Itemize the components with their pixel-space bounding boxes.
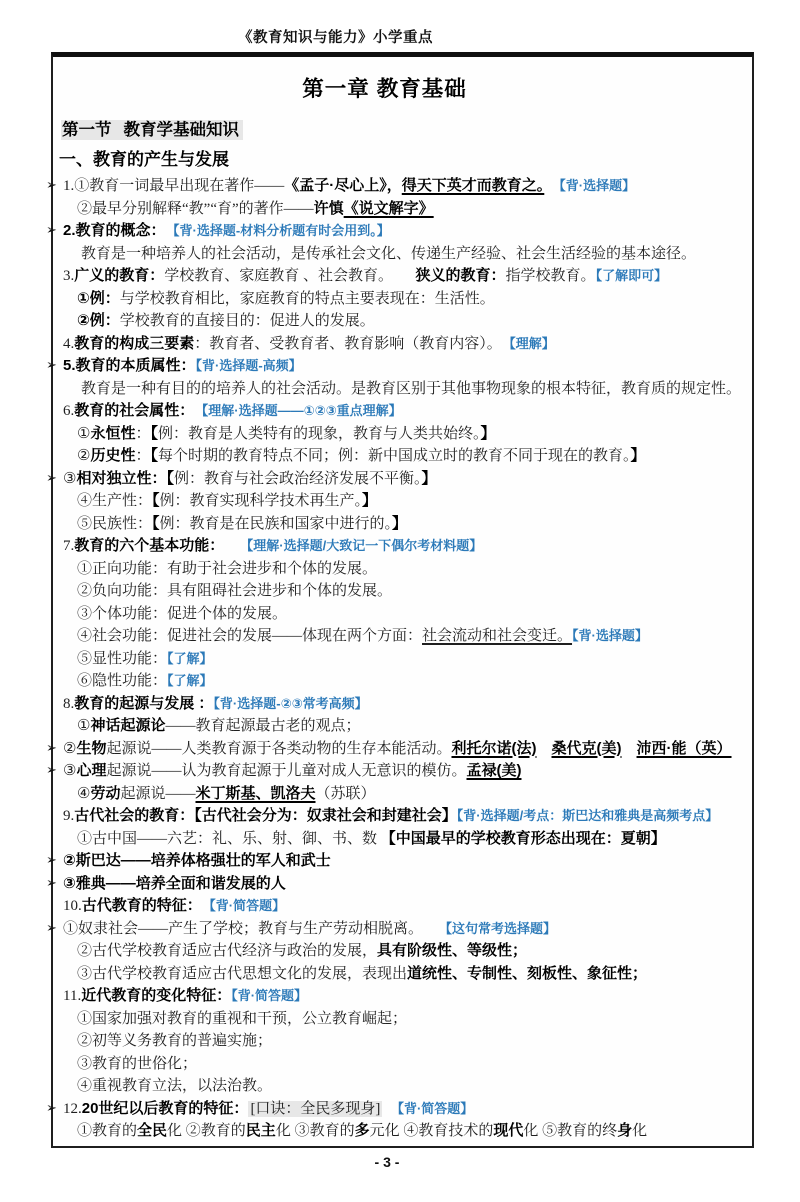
arrow-bullet-icon: ➢ (46, 873, 57, 896)
doc-text: ①例： (77, 290, 120, 307)
doc-line: ➢2.教育的概念： 【背·选择题-材料分析题有时会用到。】 (55, 220, 750, 243)
doc-text: 道统性、专制性、刻板性、象征性； (407, 965, 647, 982)
doc-text: 神话起源论 (90, 717, 165, 734)
doc-line: ➢①奴隶社会——产生了学校；教育与生产劳动相脱离。 【这句常考选择题】 (55, 918, 750, 941)
exam-annotation: 【了解即可】 (596, 268, 668, 283)
arrow-bullet-icon: ➢ (46, 175, 57, 198)
doc-text: 【 (150, 425, 158, 442)
doc-line: 10.古代教育的特征： 【背·简答题】 (55, 895, 750, 918)
doc-text: 】 (392, 515, 407, 532)
doc-line: ➢③心理起源说——认为教育起源于儿童对成人无意识的模仿。孟禄(美) (55, 760, 750, 783)
doc-text: 《说文解字》 (344, 200, 434, 217)
doc-text: ⑤民族性： (77, 516, 152, 532)
exam-annotation: 【理解·选择题/大致记一下偶尔考材料题】 (247, 538, 482, 553)
doc-text: 例：教育与社会政治经济发展不平衡。 (174, 471, 422, 487)
doc-text: ⑥隐性功能： (77, 673, 167, 689)
doc-text: ②负向功能：具有阻碍社会进步和个体的发展。 (77, 583, 392, 599)
doc-line: ①教育的全民化 ②教育的民主化 ③教育的多元化 ④教育技术的现代化 ⑤教育的终身… (55, 1120, 750, 1143)
doc-line: 4.教育的构成三要素：教育者、受教育者、教育影响（教育内容）。 【理解】 (55, 333, 750, 356)
doc-text: 】 (422, 470, 437, 487)
doc-text: 教育的起源与发展 ： (74, 695, 213, 712)
doc-text: 【 (166, 470, 174, 487)
doc-text: 孟禄(美) (466, 762, 521, 779)
doc-text: ②古代学校教育适应古代经济与政治的发展， (77, 943, 377, 959)
exam-annotation: 【背·简答题】 (231, 988, 307, 1003)
doc-line: ②历史性：【每个时期的教育特点不同；例：新中国成立时的教育不同于现在的教育。】 (55, 445, 750, 468)
doc-text: 生物 (76, 740, 106, 757)
doc-line: 教育是一种培养人的社会活动，是传承社会文化、传递生产经验、社会生活经验的基本途径… (55, 243, 750, 266)
subsection-title: 一、教育的产生与发展 (59, 149, 752, 171)
doc-text: ①奴隶社会——产生了学校；教育与生产劳动相脱离。 (63, 921, 416, 937)
doc-text: ③雅典——培养全面和谐发展的人 (63, 875, 286, 892)
doc-line: ➢12.20世纪以后教育的特征：[口诀：全民多现身] 【背·简答题】 (55, 1098, 750, 1121)
doc-text: 学校教育、家庭教育 、社会教育。 (164, 268, 415, 284)
doc-line: ①神话起源论——教育起源最古老的观点； (55, 715, 750, 738)
doc-text (194, 898, 209, 914)
doc-text: 例：教育是在民族和国家中进行的。 (160, 516, 393, 532)
doc-text: 教育的构成三要素 (74, 335, 194, 352)
doc-text: 【 (152, 492, 160, 509)
section-title-highlight: 第一节教育学基础知识 (61, 120, 243, 140)
doc-text: ②斯巴达——培养体格强壮的军人和武士 (63, 852, 331, 869)
exam-annotation: 【背·简答题】 (209, 898, 285, 913)
doc-text: 沛西·能（英） (637, 740, 732, 757)
doc-text: 教育是一种培养人的社会活动，是传承社会文化、传递生产经验、社会生活经验的基本途径… (81, 246, 696, 262)
doc-text: ①教育的 (77, 1123, 137, 1139)
doc-text (217, 538, 247, 554)
arrow-bullet-icon: ➢ (46, 468, 57, 491)
doc-line: ②负向功能：具有阻碍社会进步和个体的发展。 (55, 580, 750, 603)
exam-annotation: 【背·选择题-材料分析题有时会用到。】 (173, 223, 390, 238)
doc-text: 米丁斯基、凯洛夫 (195, 785, 315, 802)
doc-text: ③古代学校教育适应古代思想文化的发展，表现出 (77, 966, 407, 982)
exam-annotation: 【理解】 (509, 336, 555, 351)
doc-line: 3.广义的教育：学校教育、家庭教育 、社会教育。 狭义的教育：指学校教育。【了解… (55, 265, 750, 288)
doc-text: 《孟子·尽心上》， (284, 177, 402, 194)
doc-line: 8.教育的起源与发展 ：【背·选择题-②③常考高频】 (55, 693, 750, 716)
doc-text: 教育的六个基本功能： (74, 537, 217, 554)
doc-text: 2.教育的概念： (63, 222, 158, 239)
doc-line: ②古代学校教育适应古代经济与政治的发展，具有阶级性、等级性； (55, 940, 750, 963)
doc-text: 许慎 (314, 200, 344, 217)
doc-text: 社会流动和社会变迁。 (422, 628, 572, 644)
arrow-bullet-icon: ➢ (46, 850, 57, 873)
doc-text: 化 ②教育的 (167, 1123, 246, 1139)
doc-line: ①正向功能：有助于社会进步和个体的发展。 (55, 558, 750, 581)
doc-text: 狭义的教育： (416, 267, 506, 284)
doc-text: 每个时期的教育特点不同；例：新中国成立时的教育不同于现在的教育。 (158, 448, 631, 464)
doc-text: [口诀：全民多现身] (248, 1101, 382, 1117)
doc-line: 11.近代教育的变化特征：【背·简答题】 (55, 985, 750, 1008)
doc-text: ③教育的世俗化； (77, 1056, 197, 1072)
doc-text: ④生产性： (77, 493, 152, 509)
doc-text: 例：教育是人类特有的现象，教育与人类共始终。 (158, 426, 481, 442)
arrow-bullet-icon: ➢ (46, 760, 57, 783)
doc-text: 古代社会的教育： (74, 807, 194, 824)
page-number: - 3 - (0, 1154, 800, 1170)
arrow-bullet-icon: ➢ (46, 355, 57, 378)
doc-text: ②例： (77, 312, 120, 329)
doc-line: ①永恒性：【例：教育是人类特有的现象，教育与人类共始终。】 (55, 423, 750, 446)
doc-text: 教育是一种有目的的培养人的社会活动。是教育区别于其他事物现象的根本特征，教育质的… (81, 381, 741, 397)
doc-line: ⑥隐性功能：【了解】 (55, 670, 750, 693)
doc-text: 起源说——认为教育起源于儿童对成人无意识的模仿。 (106, 763, 466, 779)
doc-text: 【中国最早的学校教育形态出现在：夏朝】 (381, 830, 666, 847)
doc-text: ② (63, 741, 76, 757)
exam-annotation: 【背·选择题】 (559, 178, 635, 193)
doc-text (158, 223, 173, 239)
arrow-bullet-icon: ➢ (46, 738, 57, 761)
doc-line: ②初等义务教育的普遍实施； (55, 1030, 750, 1053)
doc-text: ：教育者、受教育者、教育影响（教育内容）。 (194, 336, 509, 352)
doc-text: 【古代社会分为：奴隶社会和封建社会】 (194, 807, 457, 824)
doc-text: （苏联） (316, 786, 376, 802)
doc-text: 1.①教育一词最早出现在著作—— (63, 178, 284, 194)
doc-text: 古代教育的特征： (82, 897, 195, 914)
doc-text: 4. (63, 336, 74, 352)
doc-text: 多 (355, 1122, 370, 1139)
doc-text: 元化 ④教育技术的 (370, 1123, 494, 1139)
chapter-title: 第一章 教育基础 (53, 75, 752, 103)
section-title-text: 教育学基础知识 (124, 121, 240, 139)
doc-text: 得天下英才而教育之。 (402, 177, 545, 194)
doc-line: ➢②斯巴达——培养体格强壮的军人和武士 (55, 850, 750, 873)
doc-line: ➢③雅典——培养全面和谐发展的人 (55, 873, 750, 896)
doc-text: 20世纪以后教育的特征： (82, 1100, 249, 1117)
doc-text: 10. (63, 898, 82, 914)
doc-text: 3. (63, 268, 74, 284)
doc-text: 】 (631, 447, 646, 464)
doc-text: 与学校教育相比，家庭教育的特点主要表现在：生活性。 (120, 291, 495, 307)
doc-text: ② (77, 448, 90, 464)
doc-line: ⑤民族性：【例：教育是在民族和国家中进行的。】 (55, 513, 750, 536)
doc-text (544, 178, 559, 194)
doc-text: ①正向功能：有助于社会进步和个体的发展。 (77, 561, 377, 577)
doc-text: 5.教育的本质属性： (63, 357, 196, 374)
doc-text: 全民 (137, 1122, 167, 1139)
doc-text: ④重视教育立法，以法治教。 (77, 1078, 272, 1094)
doc-line: 6.教育的社会属性： 【理解·选择题——①②③重点理解】 (55, 400, 750, 423)
doc-line: 教育是一种有目的的培养人的社会活动。是教育区别于其他事物现象的根本特征，教育质的… (55, 378, 750, 401)
doc-line: ②最早分别解释“教”“育”的著作——许慎《说文解字》 (55, 198, 750, 221)
doc-line: ④生产性：【例：教育实现科学技术再生产。】 (55, 490, 750, 513)
doc-text: 桑代克(美) (552, 740, 622, 757)
page-header-title: 《教育知识与能力》小学重点 (238, 26, 433, 47)
exam-annotation: 【背·选择题/考点：斯巴达和雅典是高频考点】 (457, 808, 718, 823)
exam-annotation: 【了解】 (167, 651, 213, 666)
doc-text: 广义的教育： (74, 267, 164, 284)
exam-annotation: 【背·选择题-②③常考高频】 (213, 696, 367, 711)
doc-line: ➢1.①教育一词最早出现在著作——《孟子·尽心上》，得天下英才而教育之。 【背·… (55, 175, 750, 198)
doc-line: ④重视教育立法，以法治教。 (55, 1075, 750, 1098)
exam-annotation: 【背·选择题-高频】 (196, 358, 302, 373)
exam-annotation: 【背·简答题】 (397, 1101, 473, 1116)
doc-text: 起源说—— (120, 786, 195, 802)
doc-text: 】 (481, 425, 496, 442)
exam-annotation: 【理解·选择题——①②③重点理解】 (202, 403, 402, 418)
doc-text: 近代教育的变化特征： (81, 987, 231, 1004)
doc-text: ： (135, 426, 150, 442)
doc-line: ④劳动起源说——米丁斯基、凯洛夫（苏联） (55, 783, 750, 806)
doc-text: 现代 (493, 1122, 523, 1139)
doc-text: ① (77, 426, 90, 442)
doc-text: 8. (63, 696, 74, 712)
doc-line: ③古代学校教育适应古代思想文化的发展，表现出道统性、专制性、刻板性、象征性； (55, 963, 750, 986)
doc-text (187, 403, 202, 419)
doc-text: 劳动 (90, 785, 120, 802)
doc-text: 起源说——人类教育源于各类动物的生存本能活动。 (106, 741, 451, 757)
doc-line: ①国家加强对教育的重视和干预，公立教育崛起； (55, 1008, 750, 1031)
doc-text: ③ (63, 763, 76, 779)
doc-text: 心理 (76, 762, 106, 779)
doc-line: ①例：与学校教育相比，家庭教育的特点主要表现在：生活性。 (55, 288, 750, 311)
doc-text (622, 741, 637, 757)
doc-line: 9.古代社会的教育：【古代社会分为：奴隶社会和封建社会】【背·选择题/考点：斯巴… (55, 805, 750, 828)
doc-text: 11. (63, 988, 81, 1004)
doc-text: 具有阶级性、等级性； (377, 942, 527, 959)
doc-text (416, 921, 446, 937)
doc-line: ➢②生物起源说——人类教育源于各类动物的生存本能活动。利托尔诺(法) 桑代克(美… (55, 738, 750, 761)
doc-text: ②最早分别解释“教”“育”的著作—— (77, 201, 314, 217)
section-label: 第一节 (62, 121, 112, 139)
doc-text: 12. (63, 1101, 82, 1117)
section-title: 第一节教育学基础知识 (61, 120, 752, 141)
doc-text: ① (77, 718, 90, 734)
doc-line: ➢③相对独立性：【例：教育与社会政治经济发展不平衡。】 (55, 468, 750, 491)
document-body: ➢1.①教育一词最早出现在著作——《孟子·尽心上》，得天下英才而教育之。 【背·… (55, 175, 750, 1143)
doc-line: ③教育的世俗化； (55, 1053, 750, 1076)
doc-text: 9. (63, 808, 74, 824)
doc-text: 【 (152, 515, 160, 532)
doc-text: 6. (63, 403, 74, 419)
doc-text: 学校教育的直接目的：促进人的发展。 (120, 313, 375, 329)
doc-text: 永恒性 (90, 425, 135, 442)
doc-text: ①国家加强对教育的重视和干预，公立教育崛起； (77, 1011, 407, 1027)
doc-text (382, 1101, 397, 1117)
exam-annotation: 【这句常考选择题】 (446, 921, 557, 936)
doc-line: ➢5.教育的本质属性：【背·选择题-高频】 (55, 355, 750, 378)
arrow-bullet-icon: ➢ (46, 1098, 57, 1121)
doc-text: 教育的社会属性： (74, 402, 187, 419)
document-page-frame: 第一章 教育基础 第一节教育学基础知识 一、教育的产生与发展 ➢1.①教育一词最… (51, 52, 754, 1148)
doc-text: 历史性 (90, 447, 135, 464)
doc-text: 利托尔诺(法) (451, 740, 536, 757)
doc-text: ： (135, 448, 150, 464)
doc-text: ——教育起源最古老的观点； (165, 718, 360, 734)
arrow-bullet-icon: ➢ (46, 918, 57, 941)
doc-text: ④社会功能：促进社会的发展——体现在两个方面： (77, 628, 422, 644)
arrow-bullet-icon: ➢ (46, 220, 57, 243)
doc-text: ②初等义务教育的普遍实施； (77, 1033, 272, 1049)
doc-text: 相对独立性： (76, 470, 166, 487)
exam-annotation: 【背·选择题】 (572, 628, 648, 643)
doc-text: 化 (632, 1123, 647, 1139)
exam-annotation: 【了解】 (167, 673, 213, 688)
doc-text: ④ (77, 786, 90, 802)
doc-text: ③ (63, 471, 76, 487)
doc-text: 【 (150, 447, 158, 464)
doc-text: ①古中国——六艺：礼、乐、射、御、书、数 (77, 831, 381, 847)
doc-line: ②例：学校教育的直接目的：促进人的发展。 (55, 310, 750, 333)
doc-text: 例：教育实现科学技术再生产。 (160, 493, 363, 509)
doc-line: ③个体功能：促进个体的发展。 (55, 603, 750, 626)
doc-line: ⑤显性功能：【了解】 (55, 648, 750, 671)
doc-text: ⑤显性功能： (77, 651, 167, 667)
doc-text: 7. (63, 538, 74, 554)
doc-text: 身 (617, 1122, 632, 1139)
doc-line: ①古中国——六艺：礼、乐、射、御、书、数 【中国最早的学校教育形态出现在：夏朝】 (55, 828, 750, 851)
doc-line: ④社会功能：促进社会的发展——体现在两个方面：社会流动和社会变迁。【背·选择题】 (55, 625, 750, 648)
doc-text (536, 741, 551, 757)
doc-text: 民主 (246, 1122, 276, 1139)
doc-text: 】 (362, 492, 377, 509)
doc-line: 7.教育的六个基本功能： 【理解·选择题/大致记一下偶尔考材料题】 (55, 535, 750, 558)
doc-text: 化 ⑤教育的终 (523, 1123, 617, 1139)
doc-text: 指学校教育。 (506, 268, 596, 284)
doc-text: ③个体功能：促进个体的发展。 (77, 606, 287, 622)
doc-text: 化 ③教育的 (276, 1123, 355, 1139)
